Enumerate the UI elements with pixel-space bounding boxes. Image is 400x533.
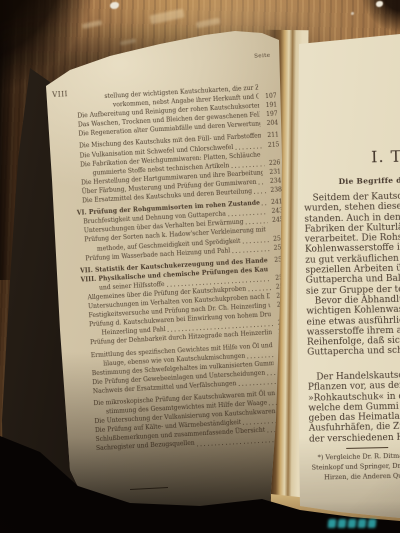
page-column-label: Seite <box>254 53 271 60</box>
book-photo-scene: VIII Seite stellung der wichtigsten Kaut… <box>0 0 400 533</box>
dot-leader <box>246 223 268 225</box>
dot-leader <box>243 241 269 243</box>
paragraph: Bevor die Abhandlung der für die Industr… <box>306 293 400 359</box>
dot-leader <box>247 356 275 359</box>
paragraph: Der Handelskautschuk kommt von einer gro… <box>308 369 400 445</box>
dot-leader <box>235 147 263 150</box>
chapter-heading: I. Teil <box>371 146 400 166</box>
footnote-separator-rule <box>346 447 388 449</box>
toc-block: VIII Seite stellung der wichtigsten Kaut… <box>70 79 276 90</box>
table-of-contents: stellung der wichtigsten Kautschukarten,… <box>70 82 296 453</box>
dot-leader <box>197 440 280 446</box>
section-heading: Die Begriffe des Kautschuks und der Gutt… <box>339 172 400 186</box>
page-number-header: VIII <box>52 90 68 99</box>
dot-leader <box>262 204 267 205</box>
paragraph: Seitdem der Kautschuk und die Guttaperch… <box>304 190 400 297</box>
dot-leader <box>267 374 276 375</box>
spine-label-marks <box>328 519 377 528</box>
footnote: *) Vergleiche Dr. R. Ditmar, Die Analyse… <box>311 448 400 482</box>
dot-leader <box>248 289 271 291</box>
dot-leader <box>254 192 266 194</box>
dot-leader <box>259 183 266 184</box>
